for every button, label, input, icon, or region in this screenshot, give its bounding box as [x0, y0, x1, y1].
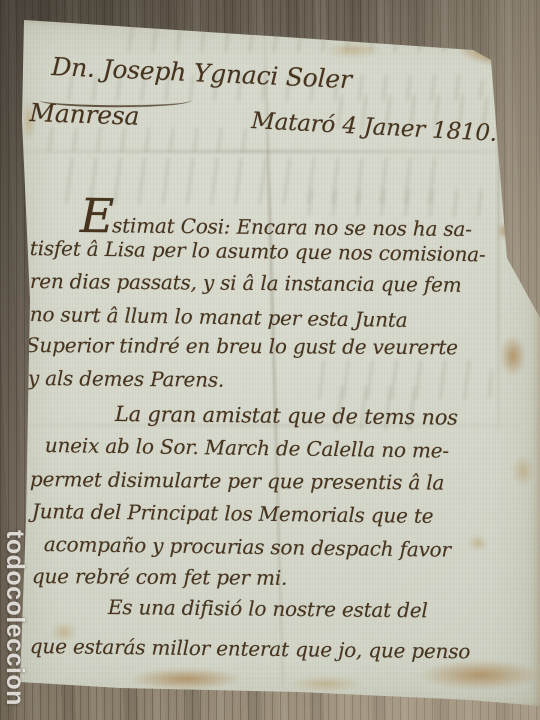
- fold-crease: [497, 60, 500, 432]
- stain: [453, 35, 526, 73]
- ink-showthrough: [40, 128, 252, 152]
- letter-line: permet disimularte per que presentis â l…: [30, 469, 444, 493]
- stain: [468, 535, 488, 551]
- stain: [420, 660, 540, 690]
- letter-line: que estarás millor enterat que jo, que p…: [30, 636, 471, 661]
- letter-line: Junta del Principat los Memorials que te: [32, 501, 434, 526]
- fold-crease: [20, 150, 498, 153]
- stain: [512, 455, 534, 487]
- stain: [500, 335, 526, 377]
- letter-line: Es una difisió lo nostre estat del: [108, 597, 428, 620]
- stain: [130, 668, 242, 690]
- letter-line: Estimat Cosi: Encara no se nos ha sa-: [80, 204, 472, 239]
- stain: [290, 676, 362, 692]
- letter-line: La gran amistat que de tems nos: [115, 404, 458, 429]
- letter-line: tisfet â Lisa per lo asumto que nos comi…: [30, 238, 486, 264]
- letter-line: Superior tindré en breu lo gust de veure…: [26, 335, 458, 357]
- letter-line: uneix ab lo Sor. March de Calella no me-: [45, 435, 449, 461]
- stain: [497, 222, 515, 240]
- stain: [325, 42, 381, 58]
- letter-photo: Dn. Joseph Ygnaci Soler Manresa Mataró 4…: [0, 0, 540, 720]
- letter-line: y als demes Parens.: [28, 368, 224, 390]
- manuscript-paper: Dn. Joseph Ygnaci Soler Manresa Mataró 4…: [12, 18, 540, 712]
- todocoleccion-watermark: todocoleccion: [0, 530, 29, 720]
- letter-line: que rebré com fet per mi.: [32, 566, 287, 588]
- ink-showthrough: [120, 26, 482, 52]
- letter-recipient-city: Manresa: [29, 100, 139, 129]
- letter-line: ren dias passats, y si â la instancia qu…: [30, 271, 462, 295]
- letter-line: acompaño y procurias son despach favor: [44, 534, 451, 560]
- letter-line: no surt â llum lo manat per esta Junta: [30, 304, 408, 330]
